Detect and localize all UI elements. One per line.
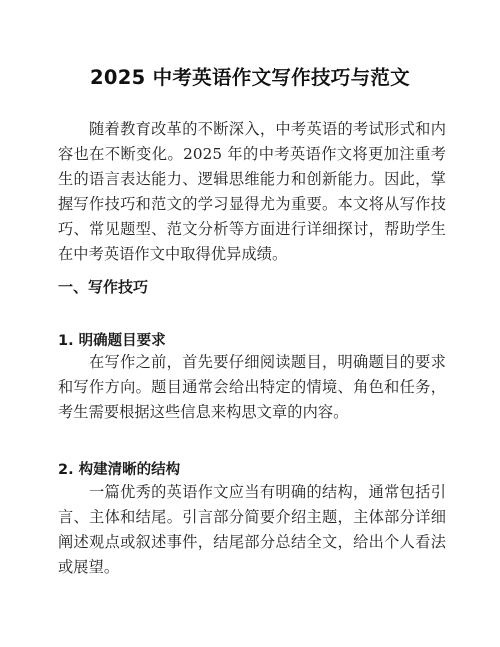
subsection-heading-clarify-requirements: 1. 明确题目要求 <box>58 329 166 350</box>
document-page: 2025 中考英语作文写作技巧与范文 随着教育改革的不断深入，中考英语的考试形式… <box>0 0 500 647</box>
subsection-heading-build-structure: 2. 构建清晰的结构 <box>58 458 180 479</box>
subsection-body-build-structure: 一篇优秀的英语作文应当有明确的结构，通常包括引言、主体和结尾。引言部分简要介绍主… <box>58 480 446 580</box>
subsection-body-clarify-requirements: 在写作之前，首先要仔细阅读题目，明确题目的要求和写作方向。题目通常会给出特定的情… <box>58 350 446 425</box>
document-title: 2025 中考英语作文写作技巧与范文 <box>0 62 500 90</box>
intro-paragraph: 随着教育改革的不断深入，中考英语的考试形式和内容也在不断变化。2025 年的中考… <box>58 117 446 267</box>
section-heading-writing-tips: 一、写作技巧 <box>58 276 148 297</box>
